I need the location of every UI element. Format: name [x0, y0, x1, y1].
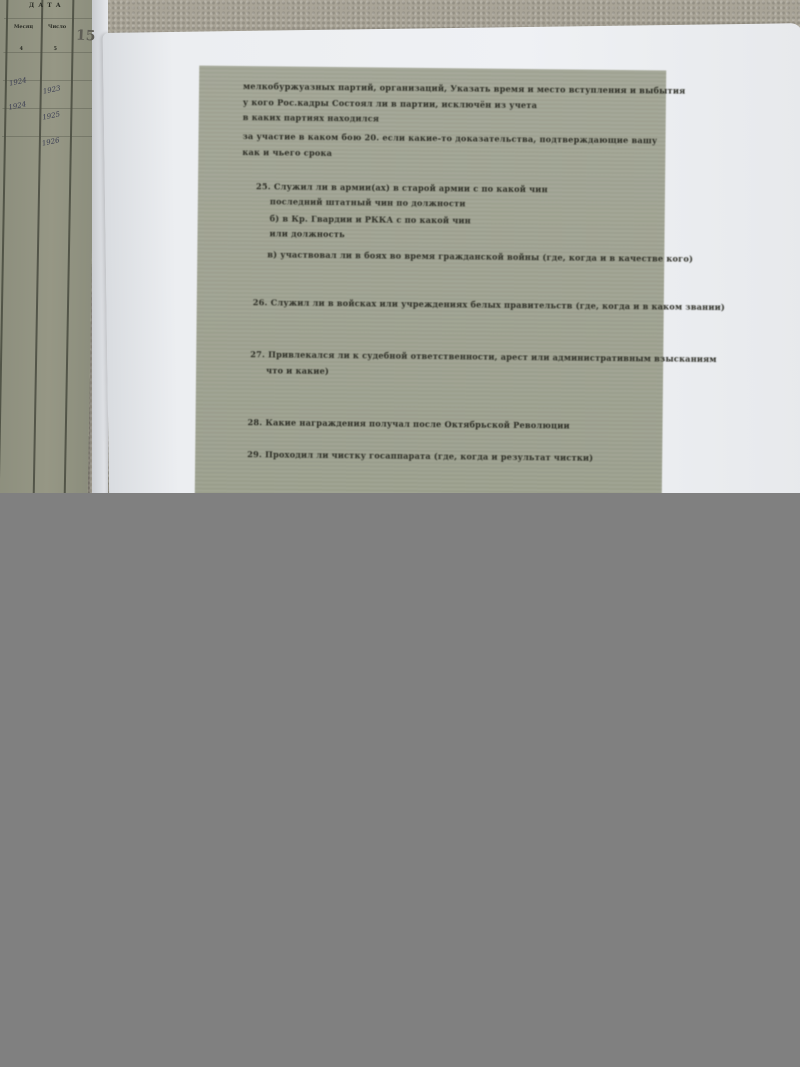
table-rule: [63, 0, 74, 493]
left-page: Д А Т А Месяц Число 4 5 1924 1923 1924 1…: [0, 0, 97, 493]
table-rule: [3, 52, 95, 53]
form-line: в каких партиях находился: [243, 113, 379, 123]
date-entry: 1925: [42, 110, 61, 122]
form-line: 27. Привлекался ли к судебной ответствен…: [250, 350, 717, 363]
form-line: за участие в каком бою 20. если какие-то…: [242, 132, 657, 145]
form-line: у кого Рос.кадры Состоял ли в партии, ис…: [243, 98, 537, 109]
column-header-day: Число: [48, 24, 66, 30]
column-header-month: Месяц: [14, 24, 33, 30]
form-line: в) участвовал ли в боях во время граждан…: [267, 250, 693, 263]
form-line: как и чьего срока: [242, 148, 332, 157]
table-rule: [4, 18, 96, 19]
form-line: или должность: [269, 229, 344, 238]
date-entry: 1924: [8, 76, 27, 88]
form-line: 25. Служил ли в армии(ах) в старой армии…: [256, 182, 548, 193]
date-entry: 1924: [8, 100, 27, 112]
form-line: 29. Проходил ли чистку госаппарата (где,…: [247, 450, 593, 462]
form-line: последний штатный чин по должности: [270, 197, 466, 207]
table-rule: [2, 136, 94, 137]
form-line: мелкобуржуазных партий, организаций, Ука…: [243, 82, 685, 95]
book-photo: Д А Т А Месяц Число 4 5 1924 1923 1924 1…: [0, 0, 800, 493]
questionnaire-form: мелкобуржуазных партий, организаций, Ука…: [195, 66, 666, 493]
form-line: б) в Кр. Гвардии и РККА с по какой чин: [270, 214, 471, 224]
table-rule: [0, 0, 8, 493]
date-entry: 1923: [42, 84, 61, 96]
form-line: что и какие): [266, 366, 329, 375]
column-index: 4: [19, 46, 23, 52]
form-line: 26. Служил ли в войсках или учреждениях …: [253, 298, 725, 311]
masked-region: [0, 493, 800, 1067]
form-line: 28. Какие награждения получал после Октя…: [247, 418, 569, 430]
table-rule: [32, 0, 43, 493]
date-entry: 1926: [41, 136, 60, 148]
table-header: Д А Т А: [8, 2, 82, 9]
column-index: 5: [53, 46, 57, 52]
page-number: 15: [76, 28, 96, 45]
